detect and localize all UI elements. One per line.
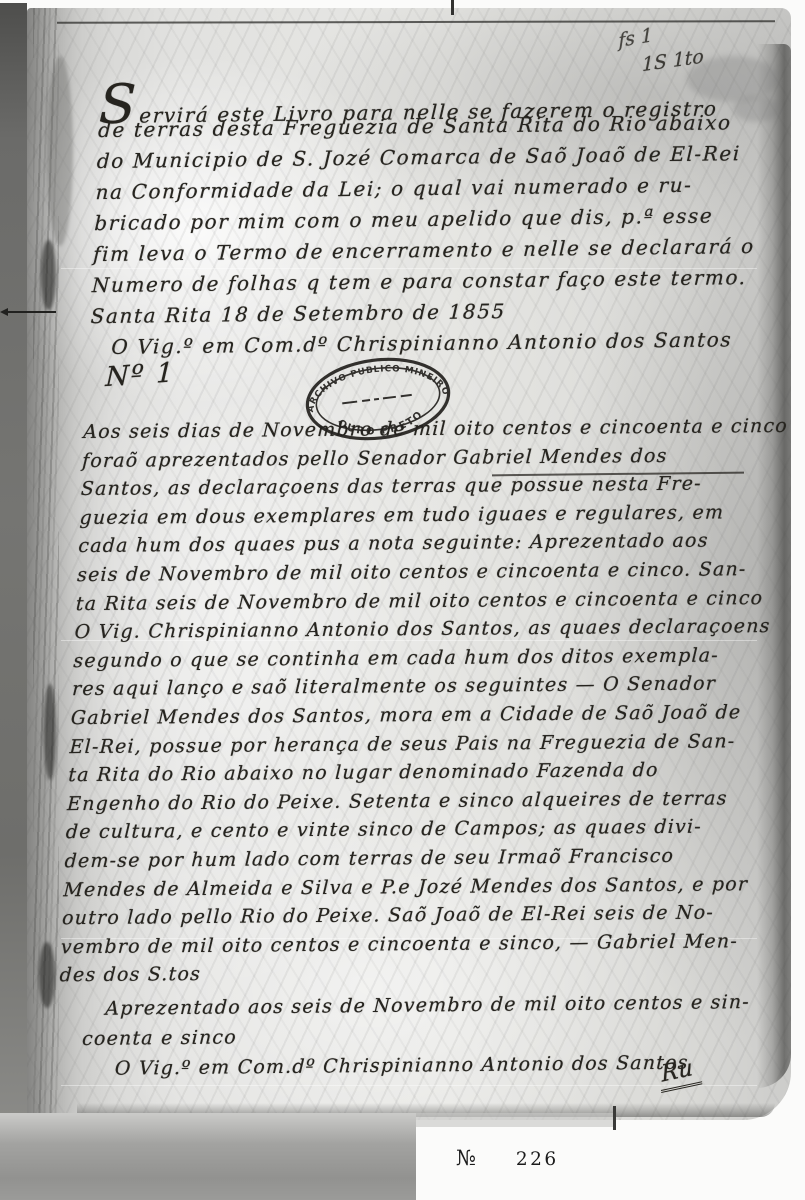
stamp-arc-top-text: ARCHIVO PUBLICO MINEIRO bbox=[301, 356, 451, 414]
ink-blot bbox=[44, 684, 56, 780]
ink-blot bbox=[39, 942, 55, 1008]
scan-bottom-band bbox=[0, 1113, 416, 1200]
top-center-ink-mark bbox=[451, 0, 454, 15]
svg-text:ARCHIVO PUBLICO MINEIRO: ARCHIVO PUBLICO MINEIRO bbox=[301, 356, 451, 414]
ink-blot bbox=[41, 240, 56, 310]
paper-stain bbox=[47, 56, 73, 246]
scanned-manuscript-page: fs 1 1S 1to Servirá este Livro para nell… bbox=[0, 0, 805, 1200]
page-corner-mark bbox=[613, 1106, 616, 1130]
pressure-line bbox=[61, 1085, 757, 1086]
opening-term-paragraph: Servirá este Livro para nelle se fazerem… bbox=[89, 76, 762, 363]
presentation-note: Aprezentado aos seis de Novembro de mil … bbox=[80, 987, 750, 1084]
numero-sign: № bbox=[456, 1146, 476, 1170]
stamp-center-dashes bbox=[342, 395, 411, 404]
entry-number: Nº 1 bbox=[105, 357, 176, 393]
left-margin-arrow-mark bbox=[2, 311, 56, 313]
book-spine-edge bbox=[0, 3, 27, 1136]
printed-page-number: № 226 bbox=[456, 1146, 559, 1170]
archive-oval-stamp: ARCHIVO PUBLICO MINEIRO OURO PRETO bbox=[297, 347, 458, 451]
page-top-edge-line bbox=[57, 20, 775, 24]
page-number-value: 226 bbox=[516, 1149, 559, 1170]
scan-bottom-band-light bbox=[416, 1113, 616, 1127]
land-declaration-record: Aos seis dias de Novembro de mil oito ce… bbox=[59, 412, 789, 990]
